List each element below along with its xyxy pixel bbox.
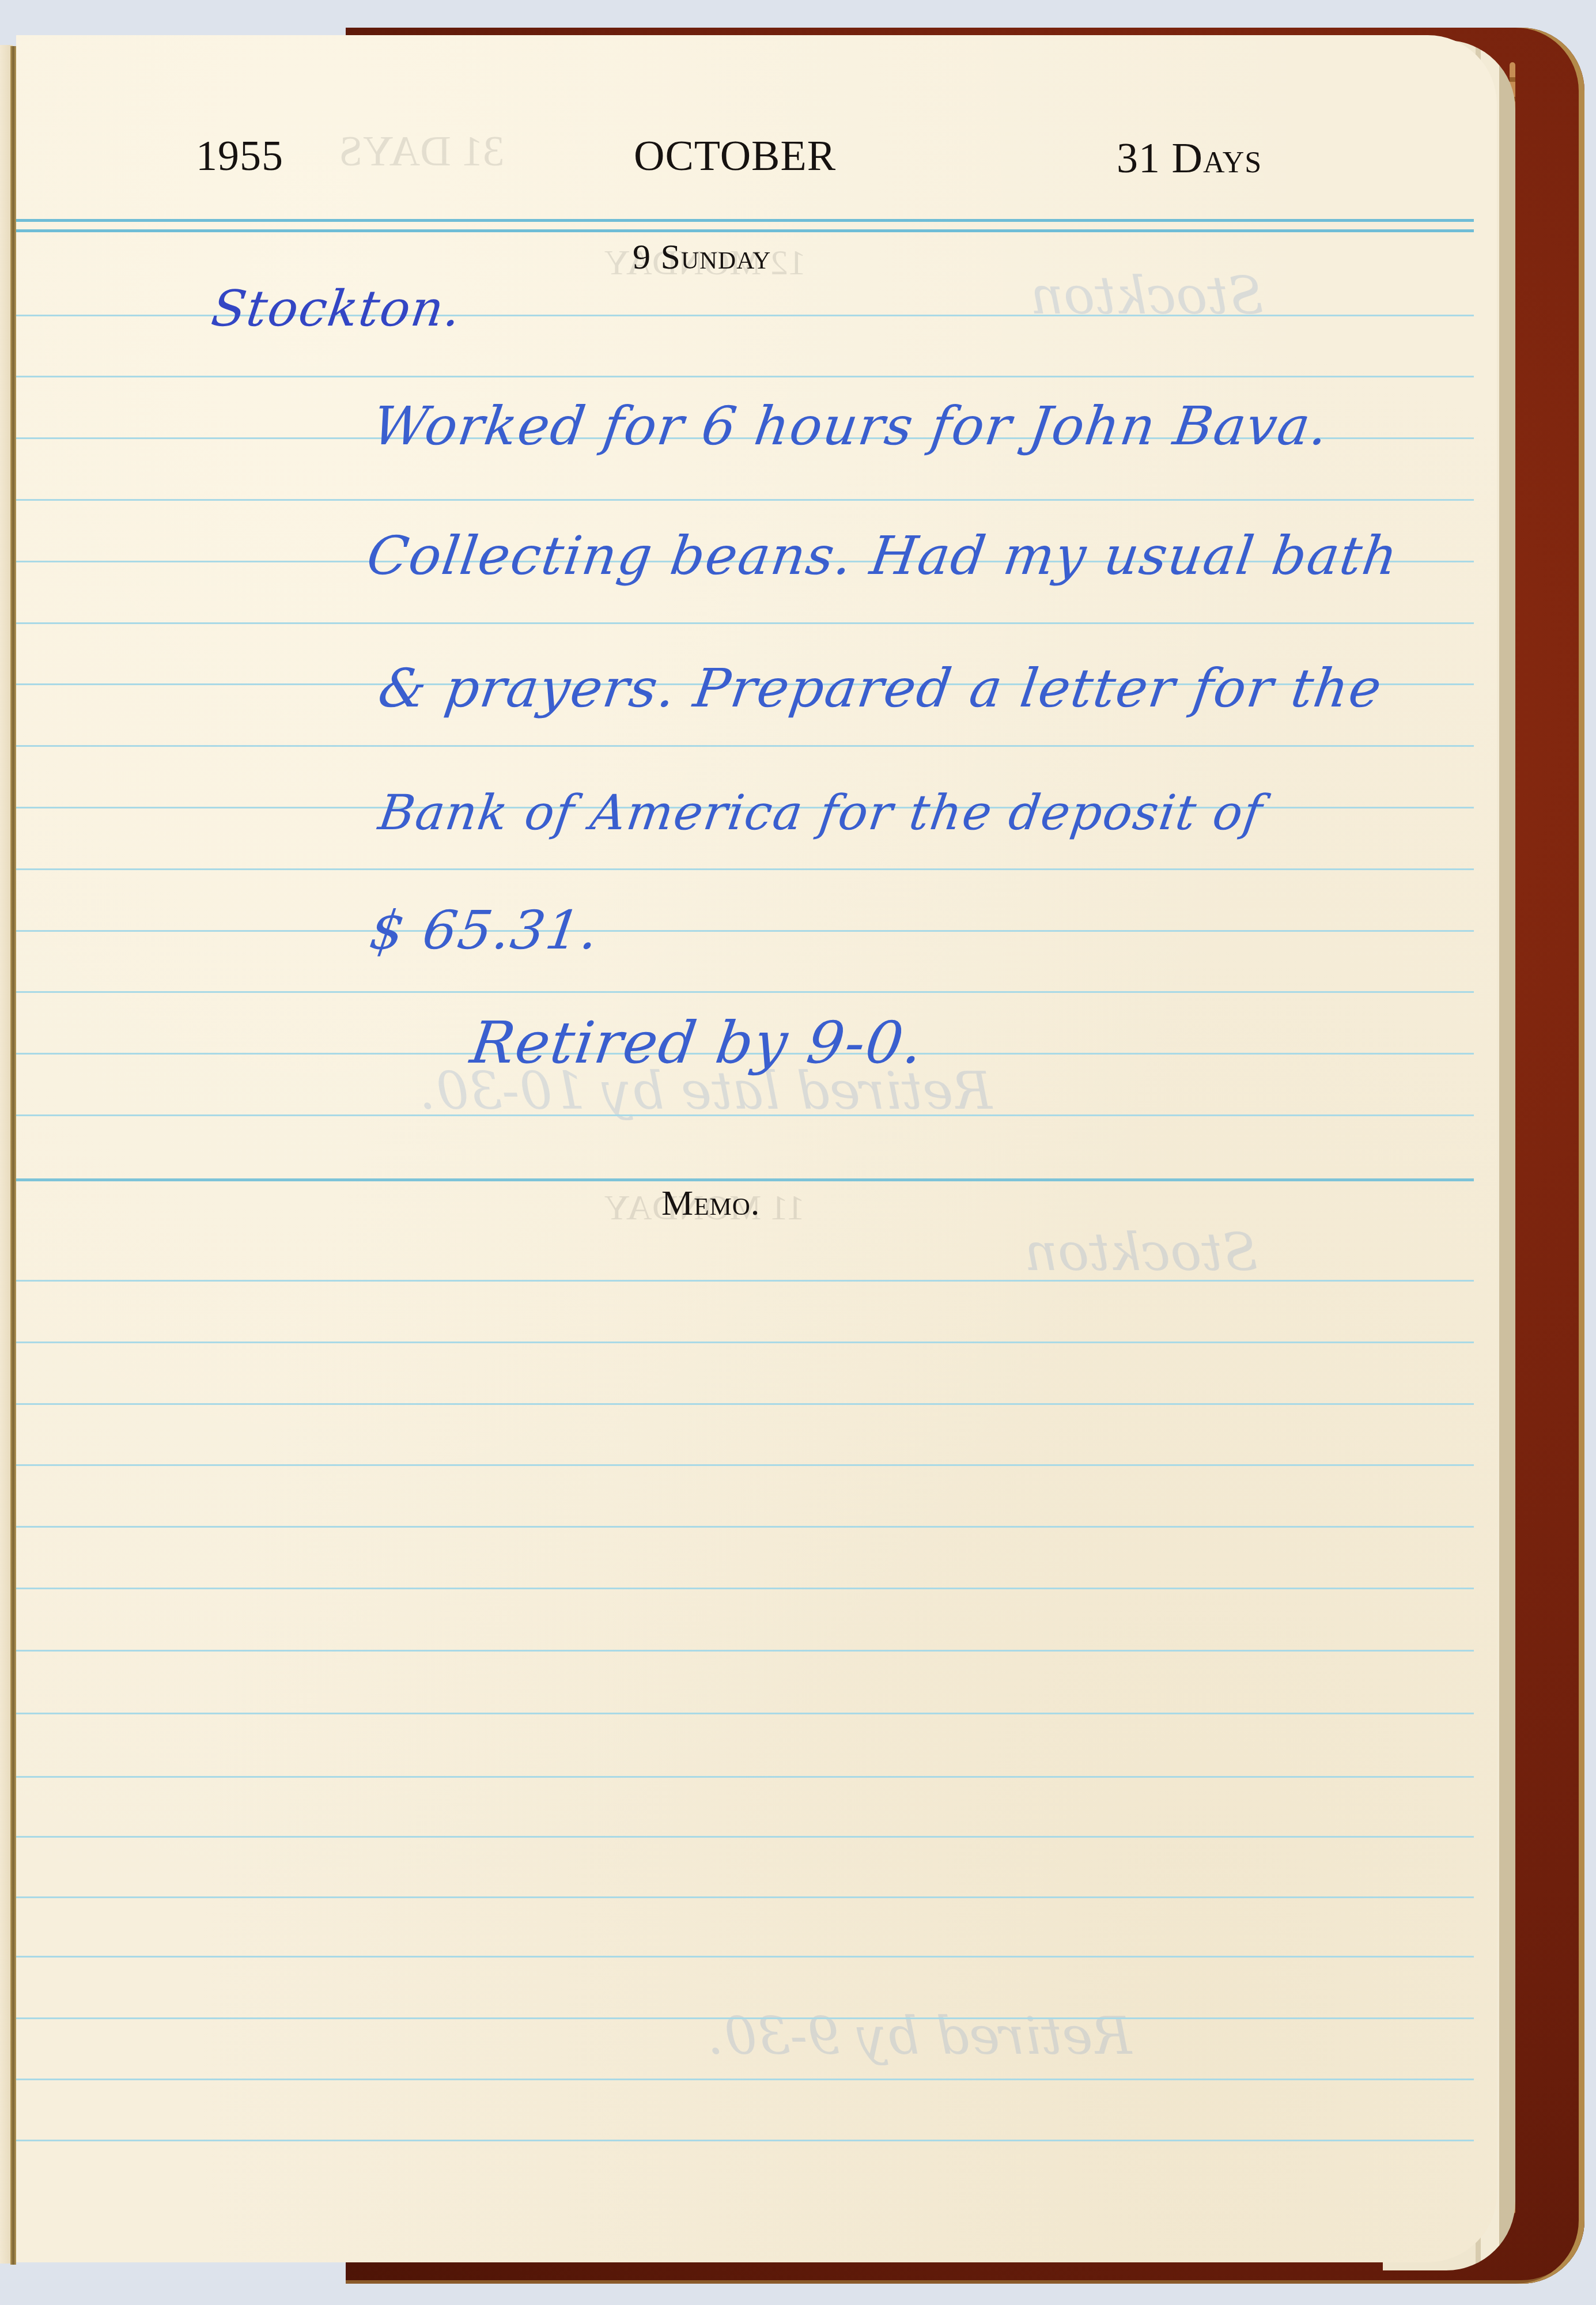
show-through-handwriting: Stockton (1030, 266, 1264, 326)
ruled-line (16, 991, 1474, 993)
ruled-line (16, 1526, 1474, 1528)
ruled-line (16, 1403, 1474, 1405)
show-through-handwriting: Stockton (1024, 1222, 1258, 1283)
entry-line-3: & prayers. Prepared a letter for the (375, 658, 1386, 719)
ruled-line (16, 376, 1474, 377)
header-days-in-month: 31 Days (1117, 134, 1262, 183)
entry-line-1: Worked for 6 hours for John Bava. (369, 395, 1333, 457)
header-year: 1955 (196, 132, 283, 181)
entry-date-label: 9 Sunday (633, 237, 771, 278)
ruled-line (16, 2140, 1474, 2141)
entry-line-6-retired: Retired by 9-0. (467, 1009, 928, 1076)
ruled-line (16, 1836, 1474, 1838)
ruled-line (16, 499, 1474, 501)
ruled-line (16, 1342, 1474, 1343)
ruled-line (16, 1956, 1474, 1958)
ruled-line (16, 1776, 1474, 1778)
ruled-line (16, 745, 1474, 747)
ruled-line (16, 2079, 1474, 2080)
ruled-line (16, 1588, 1474, 1589)
ruled-line (16, 2017, 1474, 2019)
entry-line-2: Collecting beans. Had my usual bath (363, 525, 1402, 587)
entry-place: Stockton. (208, 280, 466, 338)
memo-heading: Memo. (661, 1183, 760, 1224)
ruled-line (16, 1713, 1474, 1714)
entry-line-5-amount: $ 65.31. (366, 900, 603, 961)
ruled-line (16, 1896, 1474, 1898)
ruled-line (16, 1464, 1474, 1466)
binding-crease (10, 46, 16, 2265)
ruled-line (16, 1114, 1474, 1116)
diary-page: 31 DAYS 12 MONDAY 11 MONDAY Stockton Ret… (16, 35, 1497, 2262)
ruled-line (16, 930, 1474, 932)
memo-separator-rule (16, 1178, 1474, 1181)
entry-line-4: Bank of America for the deposit of (375, 784, 1266, 841)
show-through-handwriting: Retired by 9-30. (708, 2006, 1132, 2066)
ruled-line (16, 1280, 1474, 1282)
ruled-line (16, 868, 1474, 870)
header-rule-bottom (16, 229, 1474, 232)
ruled-line (16, 622, 1474, 624)
header-month: OCTOBER (634, 132, 836, 181)
header-rule-top (16, 219, 1474, 222)
ruled-line (16, 1650, 1474, 1652)
show-through-print: 31 DAYS (339, 127, 504, 176)
